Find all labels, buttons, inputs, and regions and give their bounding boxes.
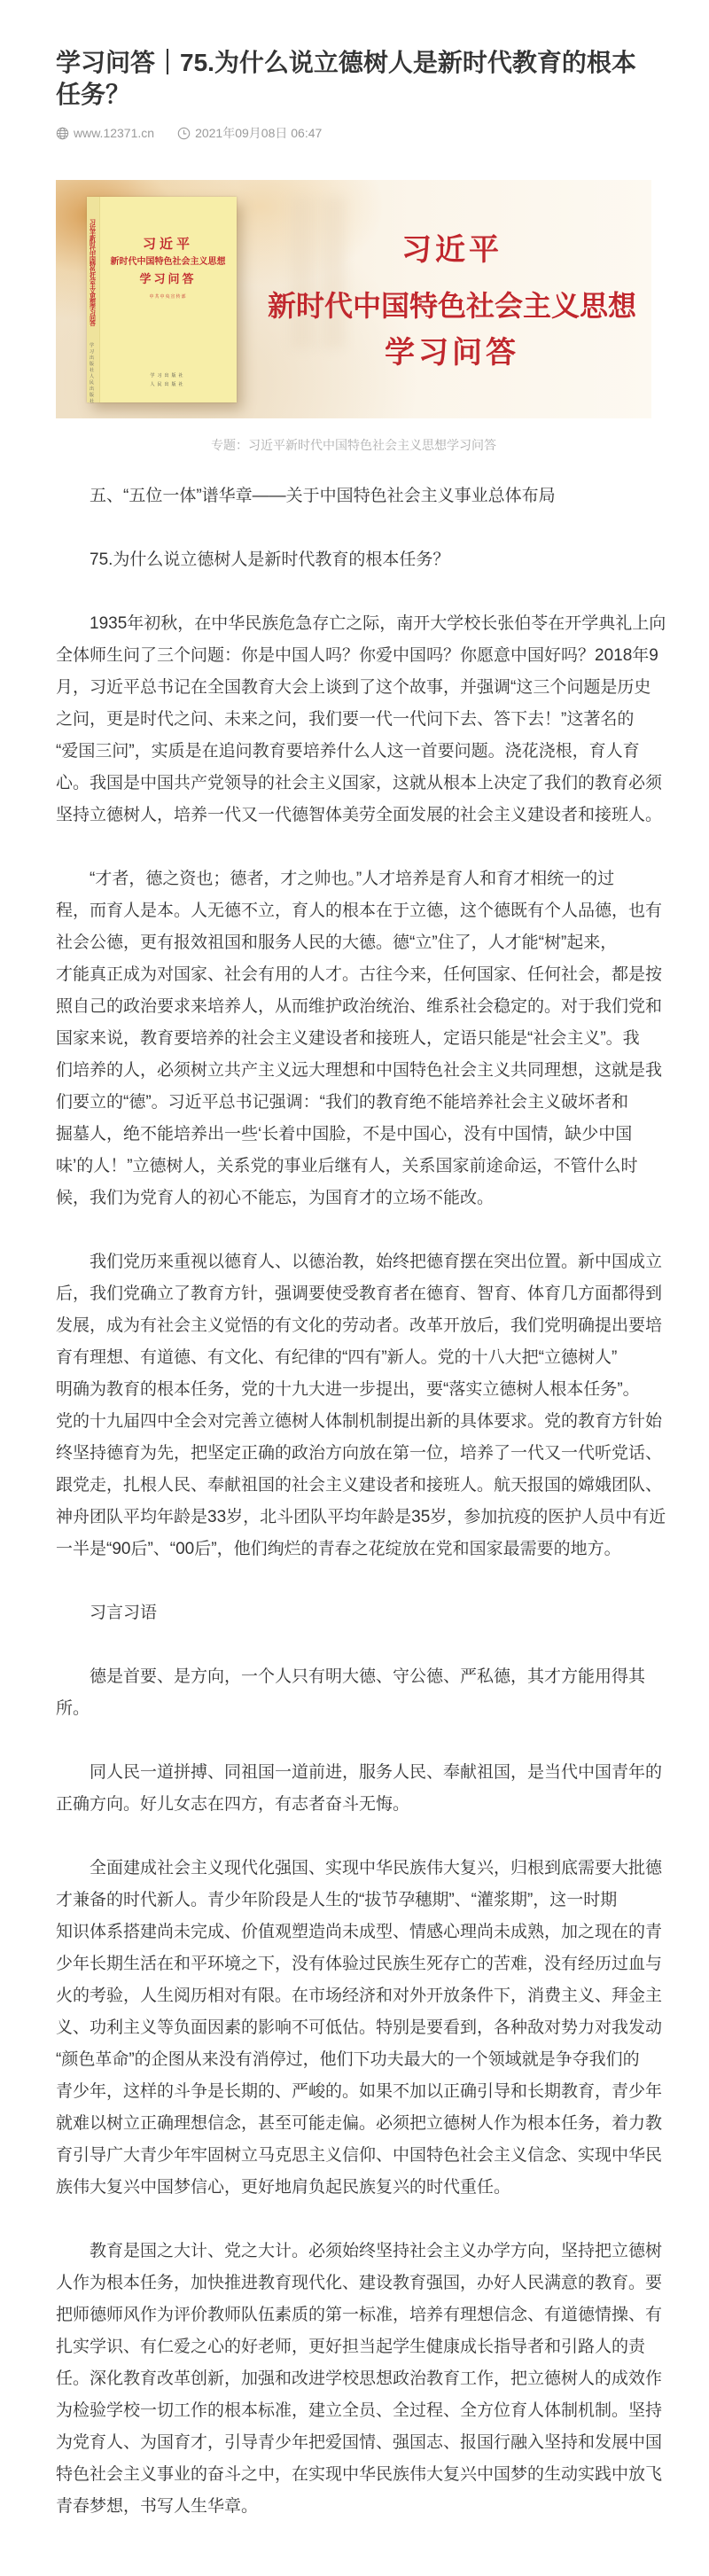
spine-title: 习近平新时代中国特色社会主义思想学习问答 <box>90 220 97 326</box>
paragraph-line: 同人民一道拼搏、同祖国一道前进，服务人民、奉献祖国，是当代中国青年的 <box>56 1757 651 1789</box>
body-paragraph: “才者，德之资也；德者，才之帅也。”人才培养是育人和育才相统一的过 程，而育人是… <box>56 863 651 1214</box>
banner-headline-title: 学习问答 <box>260 334 644 371</box>
paragraph-line: 育引导广大青少年牢固树立马克思主义信仰、中国特色社会主义信念、实现中华民 <box>56 2140 651 2172</box>
paragraph-line: 正确方向。好儿女志在四方，有志者奋斗无悔。 <box>56 1789 651 1821</box>
quote-paragraph: 同人民一道拼搏、同祖国一道前进，服务人民、奉献祖国，是当代中国青年的 正确方向。… <box>56 1757 651 1821</box>
cover-publisher-1: 学习出版社 <box>99 372 237 379</box>
paragraph-line: 明确为教育的根本任务，党的十九大进一步提出，要“落实立德树人根本任务”。 <box>56 1374 651 1406</box>
globe-icon <box>56 127 69 140</box>
paragraph-line: 人作为根本任务，加快推进教育现代化、建设教育强国，办好人民满意的教育。要 <box>56 2268 651 2299</box>
paragraph-line: 程，而育人是本。人无德不立，育人的根本在于立德，这个德既有个人品德，也有 <box>56 895 651 927</box>
paragraph-line: 青春梦想，书写人生华章。 <box>56 2491 651 2523</box>
paragraph-line: 义、功利主义等负面因素的影响不可低估。特别是要看到，各种敌对势力对我发动 <box>56 2012 651 2044</box>
article-title: 学习问答｜75.为什么说立德树人是新时代教育的根本任务？ <box>56 47 651 111</box>
quote-paragraph: 教育是国之大计、党之大计。必须始终坚持社会主义办学方向，坚持把立德树 人作为根本… <box>56 2236 651 2523</box>
paragraph-line: “爱国三问”，实质是在追问教育要培养什么人这一首要问题。浇花浇根，育人育 <box>56 736 651 768</box>
paragraph-line: 我们党历来重视以德育人、以德治教，始终把德育摆在突出位置。新中国成立 <box>56 1246 651 1278</box>
spine-publishers: 学习出版社人民出版社 <box>90 343 97 405</box>
paragraph-line: 德是首要、是方向，一个人只有明大德、守公德、严私德，其才方能用得其 <box>56 1661 651 1693</box>
datetime-text: 2021年09月08日 06:47 <box>195 124 322 142</box>
body-paragraph: 我们党历来重视以德育人、以德治教，始终把德育摆在突出位置。新中国成立 后，我们党… <box>56 1246 651 1565</box>
paragraph-line: 扎实学识、有仁爱之心的好老师，更好担当起学生健康成长指导者和引路人的责 <box>56 2331 651 2363</box>
section-heading-text: 五、“五位一体”谱华章——关于中国特色社会主义事业总体布局 <box>56 480 651 512</box>
cover-title: 学习问答 <box>99 269 237 286</box>
paragraph-line: “颜色革命”的企图从来没有消停过，他们下功夫最大的一个领域就是争夺我们的 <box>56 2044 651 2076</box>
paragraph-line: 坚持立德树人，培养一代又一代德智体美劳全面发展的社会主义建设者和接班人。 <box>56 800 651 831</box>
cover-publisher-2: 人民出版社 <box>99 381 237 387</box>
paragraph-line: 族伟大复兴中国梦信心，更好地肩负起民族复兴的时代重任。 <box>56 2172 651 2204</box>
article: 学习问答｜75.为什么说立德树人是新时代教育的根本任务？ www.12371.c… <box>56 0 651 2576</box>
book-cover: 习近平新时代中国特色社会主义思想学习问答 学习出版社人民出版社 习近平 新时代中… <box>87 197 237 402</box>
source-text: www.12371.cn <box>74 124 154 142</box>
paragraph-line: 一半是“90后”、“00后”，他们绚烂的青春之花绽放在党和国家最需要的地方。 <box>56 1534 651 1565</box>
paragraph-line: 们要立的“德”。习近平总书记强调：“我们的教育绝不能培养社会主义破坏者和 <box>56 1087 651 1119</box>
book-spine: 习近平新时代中国特色社会主义思想学习问答 学习出版社人民出版社 <box>87 197 100 402</box>
banner-headline-subtitle: 新时代中国特色社会主义思想 <box>260 287 644 324</box>
paragraph-line: 照自己的政治要求来培养人，从而维护政治统治、维系社会稳定的。对于我们党和 <box>56 991 651 1023</box>
quotes-section-heading: 习言习语 <box>56 1597 651 1629</box>
paragraph-line: 掘墓人，绝不能培养出一些‘长着中国脸，不是中国心，没有中国情，缺少中国 <box>56 1119 651 1151</box>
paragraph-line: 跟党走，扎根人民、奉献祖国的社会主义建设者和接班人。航天报国的嫦娥团队、 <box>56 1470 651 1502</box>
paragraph-line: 把师德师风作为评价教师队伍素质的第一标准，培养有理想信念、有道德情操、有 <box>56 2299 651 2331</box>
paragraph-line: 国家来说，教育要培养的社会主义建设者和接班人，定语只能是“社会主义”。我 <box>56 1023 651 1055</box>
paragraph-line: 月，习近平总书记在全国教育大会上谈到了这个故事，并强调“这三个问题是历史 <box>56 672 651 704</box>
paragraph-line: 特色社会主义事业的奋斗之中，在实现中华民族伟大复兴中国梦的生动实践中放飞 <box>56 2459 651 2491</box>
paragraph-line: 1935年初秋，在中华民族危急存亡之际，南开大学校长张伯苓在开学典礼上向 <box>56 608 651 640</box>
paragraph-line: 才能真正成为对国家、社会有用的人才。古往今来，任何国家、任何社会，都是按 <box>56 959 651 991</box>
cover-author: 习近平 <box>99 234 237 253</box>
paragraph-line: 教育是国之大计、党之大计。必须始终坚持社会主义办学方向，坚持把立德树 <box>56 2236 651 2268</box>
paragraph-line: 知识体系搭建尚未完成、价值观塑造尚未成型、情感心理尚未成熟，加之现在的青 <box>56 1916 651 1948</box>
cover-editor: 中共中央宣传部 <box>99 293 237 300</box>
banner-headline-author: 习近平 <box>260 231 644 269</box>
paragraph-line: 任。深化教育改革创新，加强和改进学校思想政治教育工作，把立德树人的成效作 <box>56 2363 651 2395</box>
banner-image: 习近平新时代中国特色社会主义思想学习问答 学习出版社人民出版社 习近平 新时代中… <box>56 180 651 418</box>
paragraph-line: 党的十九届四中全会对完善立德树人体制机制提出新的具体要求。党的教育方针始 <box>56 1406 651 1438</box>
paragraph-line: 后，我们党确立了教育方针，强调要使受教育者在德育、智育、体育几方面都得到 <box>56 1278 651 1310</box>
paragraph-line: 发展，成为有社会主义觉悟的有文化的劳动者。改革开放后，我们党明确提出要培 <box>56 1310 651 1342</box>
paragraph-line: 心。我国是中国共产党领导的社会主义国家，这就从根本上决定了我们的教育必须 <box>56 768 651 800</box>
paragraph-line: 味’的人！”立德树人，关系党的事业后继有人，关系国家前途命运，不管什么时 <box>56 1151 651 1183</box>
paragraph-line: “才者，德之资也；德者，才之帅也。”人才培养是育人和育才相统一的过 <box>56 863 651 895</box>
question-heading: 75.为什么说立德树人是新时代教育的根本任务？ <box>56 544 651 576</box>
article-meta: www.12371.cn 2021年09月08日 06:47 <box>56 124 651 142</box>
paragraph-line: 之问，更是时代之问、未来之问，我们要一代一代问下去、答下去！”这著名的 <box>56 704 651 736</box>
special-topic-caption-link[interactable]: 专题：习近平新时代中国特色社会主义思想学习问答 <box>56 436 651 454</box>
section-heading: 五、“五位一体”谱华章——关于中国特色社会主义事业总体布局 <box>56 480 651 512</box>
paragraph-line: 们培养的人，必须树立共产主义远大理想和中国特色社会主义共同理想，这就是我 <box>56 1055 651 1087</box>
paragraph-line: 就难以树立正确理想信念，甚至可能走偏。必须把立德树人作为根本任务，着力教 <box>56 2108 651 2140</box>
paragraph-line: 为党育人、为国育才，引导青少年把爱国情、强国志、报国行融入坚持和发展中国 <box>56 2427 651 2459</box>
paragraph-line: 青少年，这样的斗争是长期的、严峻的。如果不加以正确引导和长期教育，青少年 <box>56 2076 651 2108</box>
paragraph-line: 候，我们为党育人的初心不能忘，为国育才的立场不能改。 <box>56 1183 651 1214</box>
quotes-heading-text: 习言习语 <box>56 1597 651 1629</box>
paragraph-line: 社会公德，更有报效祖国和服务人民的大德。德“立”住了，人才能“树”起来， <box>56 927 651 959</box>
paragraph-line: 神舟团队平均年龄是33岁，北斗团队平均年龄是35岁，参加抗疫的医护人员中有近 <box>56 1502 651 1534</box>
meta-datetime: 2021年09月08日 06:47 <box>177 124 322 142</box>
paragraph-line: 少年长期生活在和平环境之下，没有体验过民族生死存亡的苦难，没有经历过血与 <box>56 1948 651 1980</box>
quote-paragraph: 全面建成社会主义现代化强国、实现中华民族伟大复兴，归根到底需要大批德 才兼备的时… <box>56 1853 651 2204</box>
cover-subtitle: 新时代中国特色社会主义思想 <box>99 254 237 267</box>
paragraph-line: 全体师生问了三个问题：你是中国人吗？你爱中国吗？你愿意中国好吗？2018年9 <box>56 640 651 672</box>
question-text: 75.为什么说立德树人是新时代教育的根本任务？ <box>56 544 651 576</box>
paragraph-line: 终坚持德育为先，把坚定正确的政治方向放在第一位，培养了一代又一代听党话、 <box>56 1438 651 1470</box>
background-light-streak <box>322 198 345 348</box>
paragraph-line: 火的考验，人生阅历相对有限。在市场经济和对外开放条件下，消费主义、拜金主 <box>56 1980 651 2012</box>
paragraph-line: 育有理想、有道德、有文化、有纪律的“四有”新人。党的十八大把“立德树人” <box>56 1342 651 1374</box>
clock-icon <box>177 127 191 140</box>
body-paragraph: 1935年初秋，在中华民族危急存亡之际，南开大学校长张伯苓在开学典礼上向 全体师… <box>56 608 651 831</box>
meta-source: www.12371.cn <box>56 124 154 142</box>
paragraph-line: 全面建成社会主义现代化强国、实现中华民族伟大复兴，归根到底需要大批德 <box>56 1853 651 1885</box>
quote-paragraph: 德是首要、是方向，一个人只有明大德、守公德、严私德，其才方能用得其 所。 <box>56 1661 651 1725</box>
background-light-streak <box>291 198 314 348</box>
paragraph-line: 才兼备的时代新人。青少年阶段是人生的“拔节孕穗期”、“灌浆期”，这一时期 <box>56 1885 651 1916</box>
paragraph-line: 为检验学校一切工作的根本标准，建立全员、全过程、全方位育人体制机制。坚持 <box>56 2395 651 2427</box>
paragraph-line: 所。 <box>56 1693 651 1725</box>
